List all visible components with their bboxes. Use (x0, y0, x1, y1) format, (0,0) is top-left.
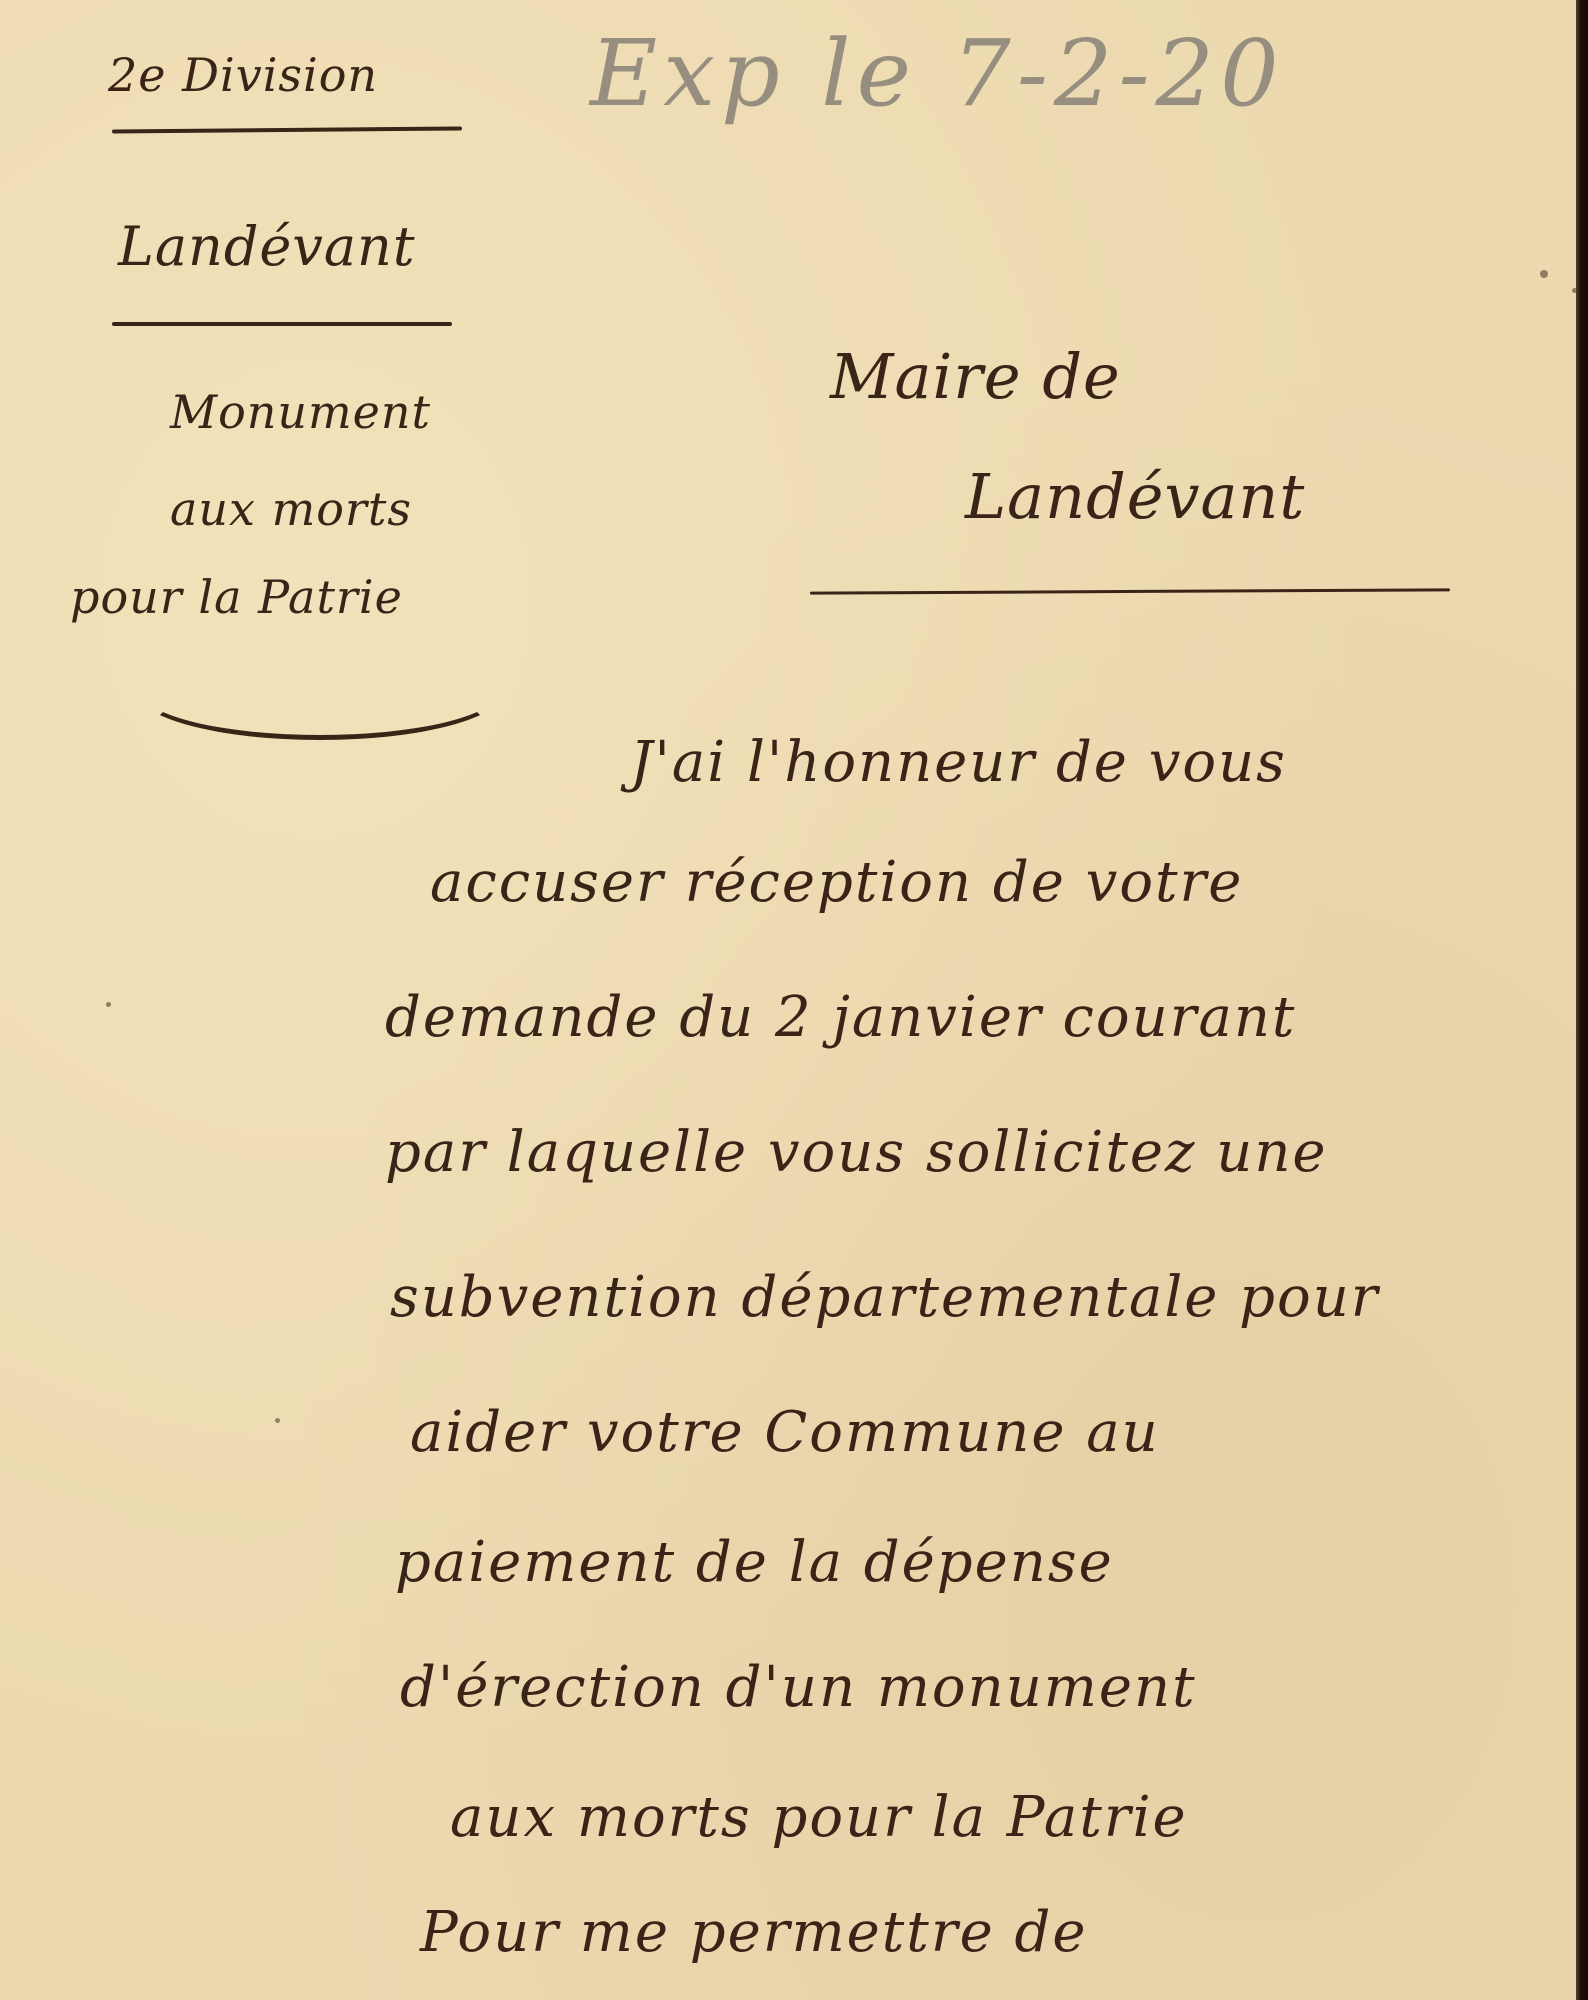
margin-division: 2e Division (108, 48, 378, 102)
paper-speck (106, 1002, 111, 1007)
margin-subject-1: Monument (170, 385, 431, 439)
margin-rule-2 (112, 322, 452, 326)
body-line-7: paiement de la dépense (395, 1530, 1114, 1595)
margin-subject-3: pour la Patrie (70, 570, 403, 624)
paper-speck (1540, 270, 1548, 278)
body-line-3: demande du 2 janvier courant (385, 985, 1296, 1050)
body-line-8: d'érection d'un monument (400, 1655, 1197, 1720)
paper-speck (275, 1418, 280, 1423)
body-line-4: par laquelle vous sollicitez une (385, 1120, 1328, 1185)
letter-page: Exp le 7-2-20 2e Division Landévant Monu… (0, 0, 1576, 2000)
body-line-2: accuser réception de votre (430, 850, 1243, 915)
margin-rule-1 (112, 126, 462, 133)
body-line-10: Pour me permettre de (420, 1900, 1088, 1965)
recipient-commune: Landévant (965, 460, 1305, 533)
heading-rule (810, 588, 1450, 594)
page-edge-shadow (1576, 0, 1588, 2000)
body-line-1: J'ai l'honneur de vous (630, 730, 1287, 795)
dispatch-annotation: Exp le 7-2-20 (590, 20, 1285, 127)
body-line-9: aux morts pour la Patrie (450, 1785, 1188, 1850)
body-line-6: aider votre Commune au (410, 1400, 1160, 1465)
margin-subject-2: aux morts (170, 482, 412, 536)
body-line-5: subvention départementale pour (390, 1265, 1380, 1330)
margin-closing-stroke (135, 640, 505, 740)
recipient-title: Maire de (830, 340, 1121, 413)
margin-commune: Landévant (118, 215, 416, 278)
